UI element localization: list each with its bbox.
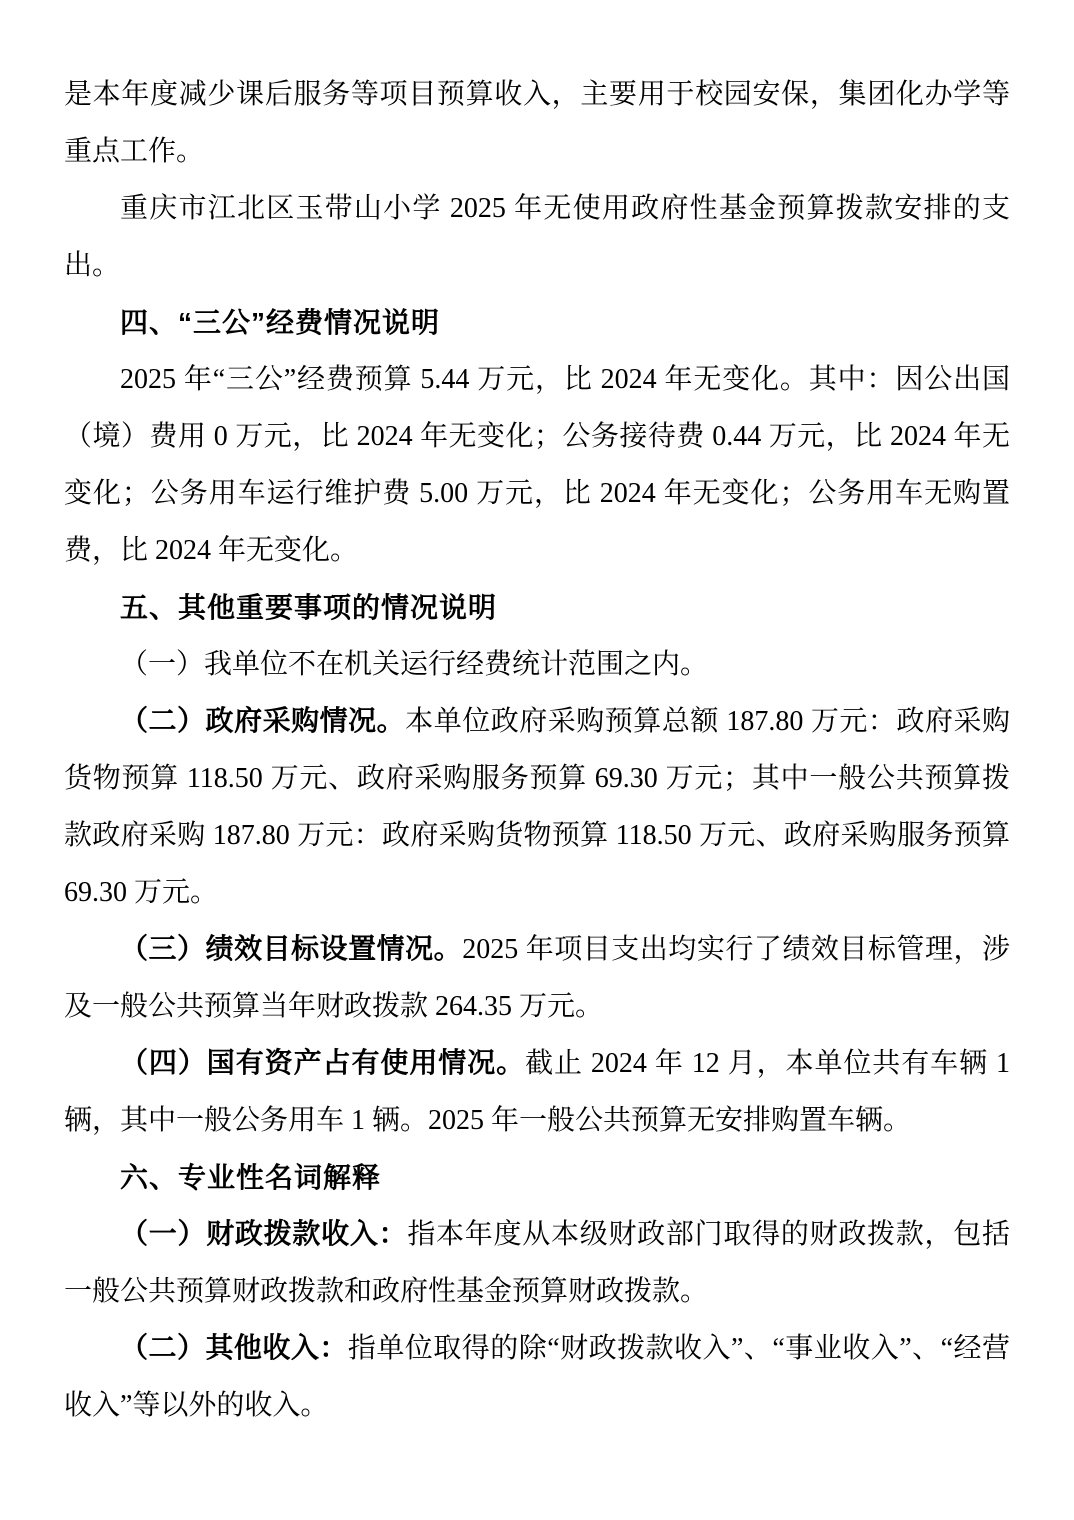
paragraph-lead-term: （二）其他收入： (120, 1333, 348, 1364)
paragraph: 2025 年“三公”经费预算 5.44 万元，比 2024 年无变化。其中：因公… (64, 351, 1010, 579)
paragraph-lead-term: （二）政府采购情况。 (120, 706, 405, 737)
document-body: 是本年度减少课后服务等项目预算收入，主要用于校园安保，集团化办学等重点工作。重庆… (64, 66, 1010, 1434)
paragraph: （一）财政拨款收入：指本年度从本级财政部门取得的财政拨款，包括一般公共预算财政拨… (64, 1206, 1010, 1320)
section-heading: 六、专业性名词解释 (64, 1149, 1010, 1206)
paragraph: （二）政府采购情况。本单位政府采购预算总额 187.80 万元：政府采购货物预算… (64, 693, 1010, 921)
paragraph-lead-term: （三）绩效目标设置情况。 (120, 934, 462, 965)
paragraph-lead-term: （一）财政拨款收入： (120, 1219, 407, 1250)
paragraph: 是本年度减少课后服务等项目预算收入，主要用于校园安保，集团化办学等重点工作。 (64, 66, 1010, 180)
paragraph: （二）其他收入：指单位取得的除“财政拨款收入”、“事业收入”、“经营收入”等以外… (64, 1320, 1010, 1434)
paragraph: （一）我单位不在机关运行经费统计范围之内。 (64, 636, 1010, 693)
paragraph: （四）国有资产占有使用情况。截止 2024 年 12 月，本单位共有车辆 1 辆… (64, 1035, 1010, 1149)
section-heading: 四、“三公”经费情况说明 (64, 294, 1010, 351)
document-page: 是本年度减少课后服务等项目预算收入，主要用于校园安保，集团化办学等重点工作。重庆… (0, 0, 1074, 1520)
paragraph: 重庆市江北区玉带山小学 2025 年无使用政府性基金预算拨款安排的支出。 (64, 180, 1010, 294)
section-heading: 五、其他重要事项的情况说明 (64, 579, 1010, 636)
paragraph-lead-term: （四）国有资产占有使用情况。 (120, 1048, 525, 1079)
paragraph: （三）绩效目标设置情况。2025 年项目支出均实行了绩效目标管理，涉及一般公共预… (64, 921, 1010, 1035)
